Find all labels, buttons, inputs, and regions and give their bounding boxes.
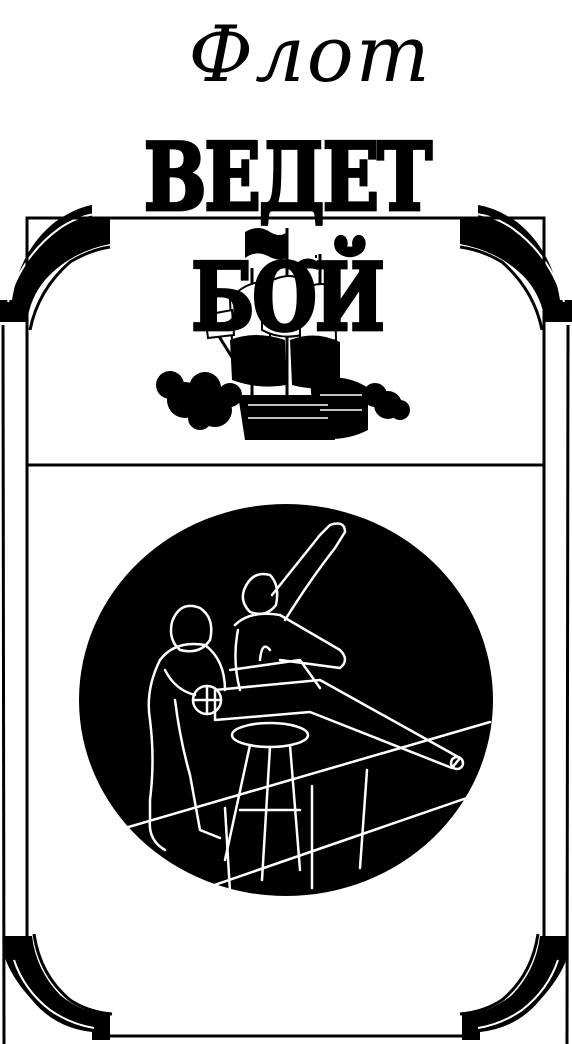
corner-ornament-bottom-left: [5, 934, 112, 1040]
book-cover: Флот ВЕДЕТ БОЙ: [0, 0, 572, 1044]
outer-rail-right: [567, 325, 568, 1044]
medallion-illustration: [79, 504, 493, 896]
corner-ornament-bottom-right: [460, 934, 567, 1040]
title-block: ВЕДЕТ БОЙ: [92, 118, 482, 238]
outer-rail-left: [3, 325, 4, 1044]
title-script: Флот: [170, 0, 450, 110]
